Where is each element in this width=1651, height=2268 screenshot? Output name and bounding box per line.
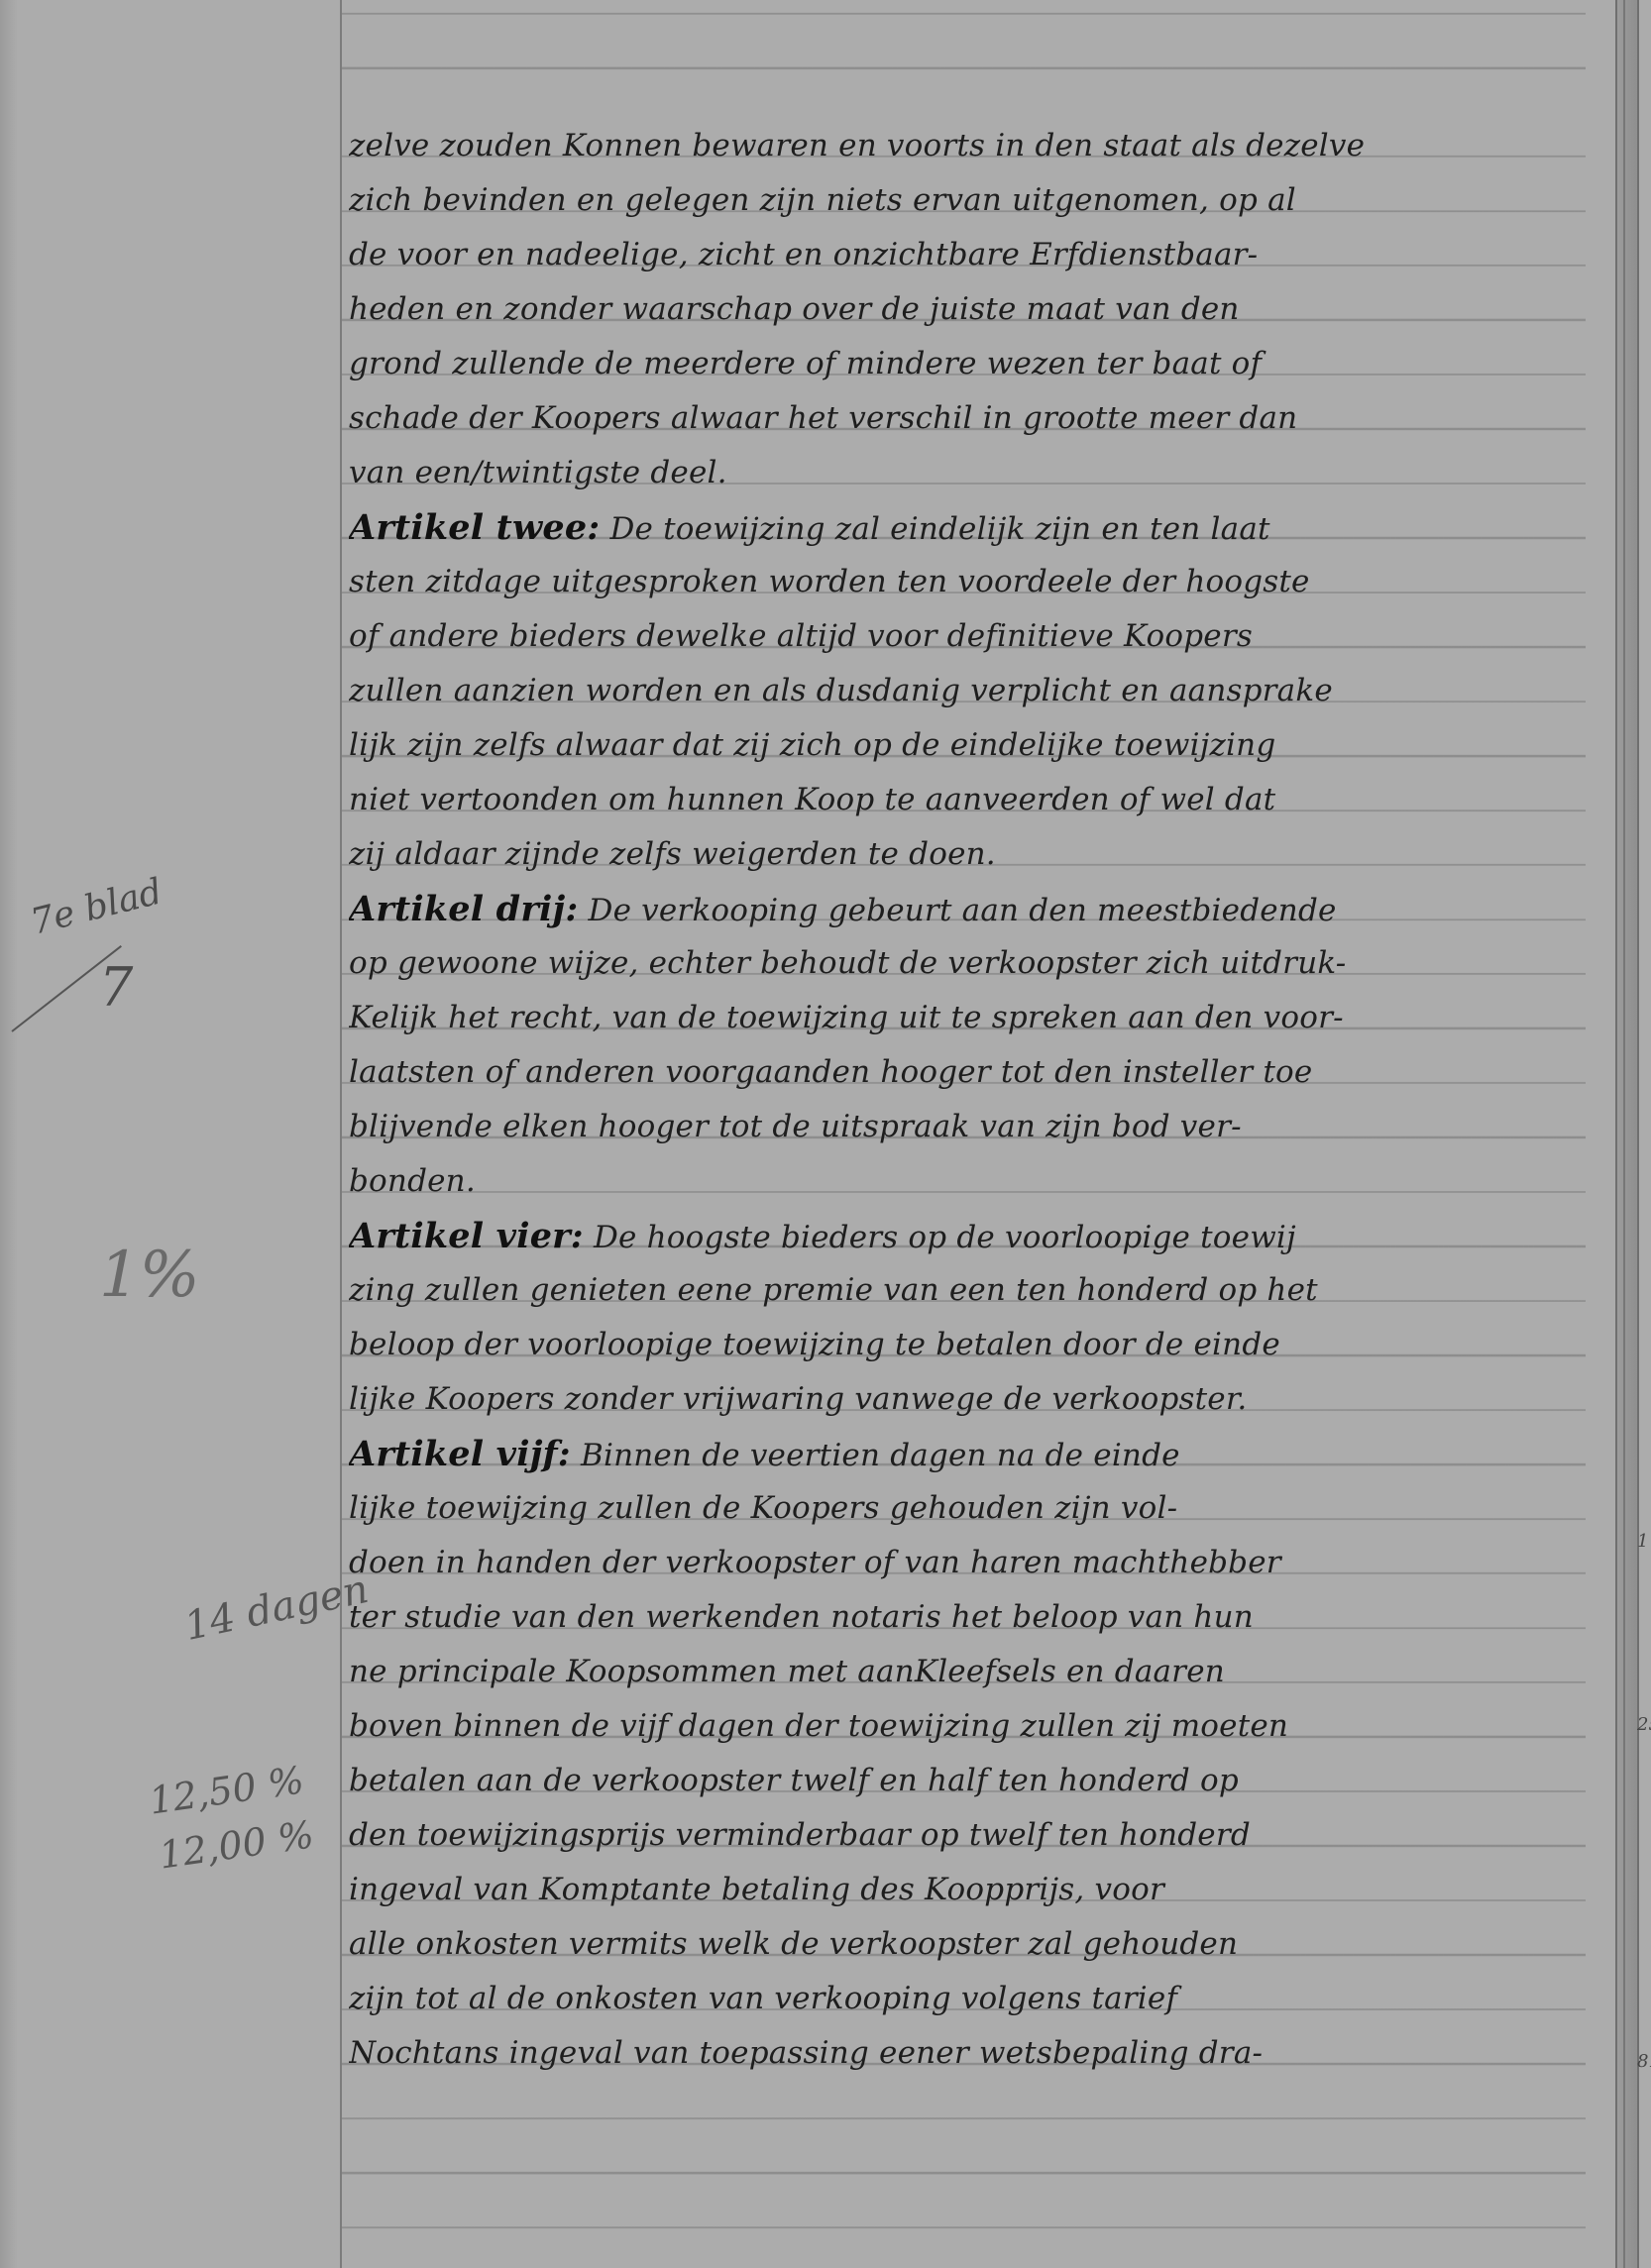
register-page: zelve zouden Konnen bewaren en voorts in… <box>0 0 1651 2268</box>
page-binding-edge <box>1615 0 1639 2268</box>
text-line: Kelijk het recht, van de toewijzing uit … <box>349 991 1597 1045</box>
line-text: niet vertoonden om hunnen Koop te aanvee… <box>349 782 1275 817</box>
line-text: zich bevinden en gelegen zijn niets erva… <box>349 182 1296 218</box>
line-text: De hoogste bieders op de voorloopige toe… <box>594 1220 1296 1255</box>
line-text: lijk zijn zelfs alwaar dat zij zich op d… <box>349 727 1275 763</box>
text-line: heden en zonder waarschap over de juiste… <box>349 282 1597 337</box>
text-line: ne principale Koopsommen met aanKleefsel… <box>349 1645 1597 1699</box>
line-text: laatsten of anderen voorgaanden hooger t… <box>349 1054 1312 1090</box>
line-text: Binnen de veertien dagen na de einde <box>581 1438 1180 1473</box>
line-text: De toewijzing zal eindelijk zijn en ten … <box>609 511 1269 547</box>
article-heading: Artikel vijf: <box>349 1434 571 1474</box>
line-text: op gewoone wijze, echter behoudt de verk… <box>349 945 1347 981</box>
text-line: betalen aan de verkoopster twelf en half… <box>349 1754 1597 1808</box>
text-line: lijke toewijzing zullen de Koopers gehou… <box>349 1481 1597 1536</box>
text-line: den toewijzingsprijs verminderbaar op tw… <box>349 1808 1597 1863</box>
margin-note-12-00-percent: 12,00 % <box>157 1812 317 1877</box>
text-line: alle onkosten vermits welk de verkoopste… <box>349 1917 1597 1972</box>
line-text: ne principale Koopsommen met aanKleefsel… <box>349 1654 1225 1689</box>
text-line: niet vertoonden om hunnen Koop te aanvee… <box>349 773 1597 827</box>
line-text: ter studie van den werkenden notaris het… <box>349 1599 1254 1635</box>
line-text: lijke toewijzing zullen de Koopers gehou… <box>349 1490 1177 1526</box>
line-text: van een/twintigste deel. <box>349 455 727 490</box>
line-text: Nochtans ingeval van toepassing eener we… <box>349 2035 1263 2071</box>
article-heading: Artikel twee: <box>349 507 600 548</box>
line-text: doen in handen der verkoopster of van ha… <box>349 1545 1281 1580</box>
line-text: zij aldaar zijnde zelfs weigerden te doe… <box>349 836 996 872</box>
text-line: Nochtans ingeval van toepassing eener we… <box>349 2026 1597 2081</box>
margin-rule <box>340 0 342 2268</box>
text-line: lijke Koopers zonder vrijwaring vanwege … <box>349 1372 1597 1427</box>
text-line: zijn tot al de onkosten van verkooping v… <box>349 1972 1597 2026</box>
article-heading: Artikel vier: <box>349 1216 584 1256</box>
text-line: zich bevinden en gelegen zijn niets erva… <box>349 173 1597 228</box>
line-text: blijvende elken hooger tot de uitspraak … <box>349 1109 1242 1144</box>
margin-note-blad-number: 7 <box>99 956 133 1019</box>
edge-mark: 25 <box>1637 1714 1651 1735</box>
edge-mark: 81 <box>1637 2051 1651 2072</box>
line-text: schade der Koopers alwaar het verschil i… <box>349 400 1297 436</box>
text-line: ingeval van Komptante betaling des Koopp… <box>349 1863 1597 1917</box>
line-text: lijke Koopers zonder vrijwaring vanwege … <box>349 1381 1248 1417</box>
text-line: lijk zijn zelfs alwaar dat zij zich op d… <box>349 718 1597 773</box>
text-line: van een/twintigste deel. <box>349 446 1597 500</box>
line-text: beloop der voorloopige toewijzing te bet… <box>349 1327 1280 1362</box>
text-line: grond zullende de meerdere of mindere we… <box>349 337 1597 391</box>
line-text: sten zitdage uitgesproken worden ten voo… <box>349 564 1310 599</box>
text-line: zing zullen genieten eene premie van een… <box>349 1263 1597 1318</box>
text-line: boven binnen de vijf dagen der toewijzin… <box>349 1699 1597 1754</box>
line-text: den toewijzingsprijs verminderbaar op tw… <box>349 1817 1251 1853</box>
article-heading: Artikel drij: <box>349 889 578 929</box>
text-line: zullen aanzien worden en als dusdanig ve… <box>349 664 1597 718</box>
line-text: zing zullen genieten eene premie van een… <box>349 1272 1318 1308</box>
line-text: zijn tot al de onkosten van verkooping v… <box>349 1981 1177 2016</box>
edge-mark: 1 <box>1637 1531 1648 1552</box>
line-text: heden en zonder waarschap over de juiste… <box>349 291 1240 327</box>
line-text: bonden. <box>349 1163 476 1199</box>
line-text: De verkooping gebeurt aan den meestbiede… <box>589 893 1337 928</box>
text-line: op gewoone wijze, echter behoudt de verk… <box>349 936 1597 991</box>
article-heading-line: Artikel twee: De toewijzing zal eindelij… <box>349 500 1597 555</box>
line-text: zullen aanzien worden en als dusdanig ve… <box>349 673 1333 708</box>
text-line: beloop der voorloopige toewijzing te bet… <box>349 1318 1597 1372</box>
text-line: of andere bieders dewelke altijd voor de… <box>349 609 1597 664</box>
text-line: schade der Koopers alwaar het verschil i… <box>349 391 1597 446</box>
text-line: laatsten of anderen voorgaanden hooger t… <box>349 1045 1597 1100</box>
text-line: ter studie van den werkenden notaris het… <box>349 1590 1597 1645</box>
line-text: boven binnen de vijf dagen der toewijzin… <box>349 1708 1288 1744</box>
text-line: de voor en nadeelige, zicht en onzichtba… <box>349 228 1597 282</box>
margin-note-blad: 7e blad <box>27 871 166 942</box>
line-text: Kelijk het recht, van de toewijzing uit … <box>349 1000 1344 1035</box>
text-line: bonden. <box>349 1154 1597 1209</box>
article-heading-line: Artikel vier: De hoogste bieders op de v… <box>349 1209 1597 1263</box>
article-heading-line: Artikel vijf: Binnen de veertien dagen n… <box>349 1427 1597 1481</box>
article-heading-line: Artikel drij: De verkooping gebeurt aan … <box>349 882 1597 936</box>
line-text: alle onkosten vermits welk de verkoopste… <box>349 1926 1238 1962</box>
margin-note-12-50-percent: 12,50 % <box>147 1758 307 1822</box>
text-line: doen in handen der verkoopster of van ha… <box>349 1536 1597 1590</box>
line-text: grond zullende de meerdere of mindere we… <box>349 346 1262 381</box>
text-line: sten zitdage uitgesproken worden ten voo… <box>349 555 1597 609</box>
line-text: betalen aan de verkoopster twelf en half… <box>349 1763 1239 1798</box>
handwritten-body: zelve zouden Konnen bewaren en voorts in… <box>349 119 1597 2081</box>
text-line: blijvende elken hooger tot de uitspraak … <box>349 1100 1597 1154</box>
line-text: zelve zouden Konnen bewaren en voorts in… <box>349 128 1365 163</box>
line-text: of andere bieders dewelke altijd voor de… <box>349 618 1253 654</box>
line-text: ingeval van Komptante betaling des Koopp… <box>349 1872 1164 1907</box>
text-line: zelve zouden Konnen bewaren en voorts in… <box>349 119 1597 173</box>
margin-note-one-percent: 1% <box>99 1239 200 1312</box>
text-line: zij aldaar zijnde zelfs weigerden te doe… <box>349 827 1597 882</box>
line-text: de voor en nadeelige, zicht en onzichtba… <box>349 237 1258 272</box>
